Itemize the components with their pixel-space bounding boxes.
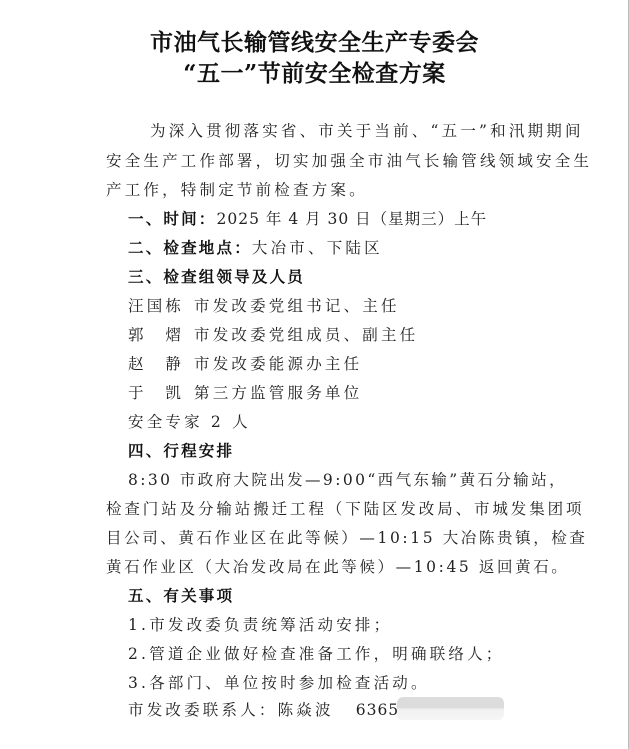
member-role: 市发改委党组书记、主任 xyxy=(194,297,400,315)
section-time: 一、时间：2025 年 4 月 30 日（星期三）上午 xyxy=(128,208,487,230)
member-role: 市发改委党组成员、副主任 xyxy=(194,326,418,344)
section-notes-label: 五、有关事项 xyxy=(128,587,234,605)
section-location-value: 大冶市、下陆区 xyxy=(252,239,383,257)
member-name: 赵 静 xyxy=(128,353,194,375)
intro-line-1: 为深入贯彻落实省、市关于当前、“五一”和汛期期间 xyxy=(150,120,584,142)
section-location: 二、检查地点：大冶市、下陆区 xyxy=(128,237,383,259)
schedule-line-4: 黄石作业区（大冶发改局在此等候）—10:45 返回黄石。 xyxy=(106,556,569,578)
intro-line-2: 安全生产工作部署，切实加强全市油气长输管线领域安全生 xyxy=(106,150,592,172)
notes-item-2: 2.管道企业做好检查准备工作，明确联络人； xyxy=(128,643,505,665)
notes-item-1: 1.市发改委负责统筹活动安排； xyxy=(128,614,392,636)
section-schedule-label: 四、行程安排 xyxy=(128,442,234,460)
member-name: 于 凯 xyxy=(128,382,194,404)
document-title-line1: 市油气长输管线安全生产专委会 xyxy=(0,28,629,58)
section-location-label: 二、检查地点： xyxy=(128,239,252,257)
member-role: 第三方监管服务单位 xyxy=(194,384,362,402)
section-time-value: 2025 年 4 月 30 日（星期三）上午 xyxy=(217,210,488,228)
contact-name: 陈焱波 xyxy=(278,701,334,719)
contact-line: 市发改委联系人：陈焱波6365511 xyxy=(128,699,432,721)
intro-line-3: 产工作，特制定节前检查方案。 xyxy=(106,179,368,201)
section-schedule: 四、行程安排 xyxy=(128,440,234,462)
document-page: 市油气长输管线安全生产专委会 “五一”节前安全检查方案 为深入贯彻落实省、市关于… xyxy=(0,0,628,749)
team-member: 汪国栋市发改委党组书记、主任 xyxy=(128,295,400,317)
member-name: 汪国栋 xyxy=(128,295,194,317)
section-team: 三、检查组领导及人员 xyxy=(128,266,305,288)
notes-item-3: 3.各部门、单位按时参加检查活动。 xyxy=(128,672,430,694)
team-experts: 安全专家 2 人 xyxy=(128,411,251,433)
member-role: 市发改委能源办主任 xyxy=(194,355,362,373)
redacted-phone-blur xyxy=(397,697,504,720)
contact-label: 市发改委联系人： xyxy=(128,701,278,719)
schedule-line-3: 目公司、黄石作业区在此等候）—10:15 大冶陈贵镇，检查 xyxy=(106,527,588,549)
section-time-label: 一、时间： xyxy=(128,210,217,228)
document-title-line2: “五一”节前安全检查方案 xyxy=(0,59,629,89)
member-name: 郭 熠 xyxy=(128,324,194,346)
team-member: 于 凯第三方监管服务单位 xyxy=(128,382,362,404)
section-notes: 五、有关事项 xyxy=(128,585,234,607)
schedule-line-2: 检查门站及分输站搬迁工程（下陆区发改局、市城发集团项 xyxy=(106,498,584,520)
schedule-line-1: 8:30 市政府大院出发—9:00“西气东输”黄石分输站， xyxy=(128,469,567,491)
team-member: 郭 熠市发改委党组成员、副主任 xyxy=(128,324,418,346)
section-team-label: 三、检查组领导及人员 xyxy=(128,268,305,286)
team-member: 赵 静市发改委能源办主任 xyxy=(128,353,362,375)
